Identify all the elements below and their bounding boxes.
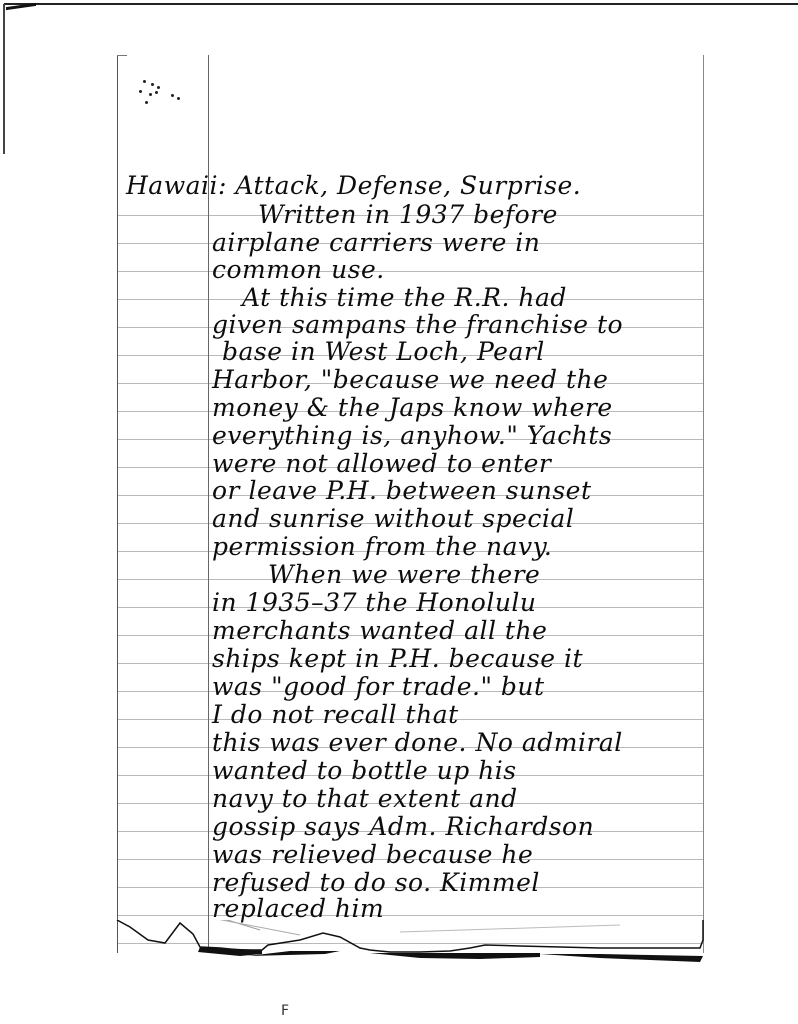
text-line: gossip says Adm. Richardson bbox=[212, 813, 594, 841]
text-line: was "good for trade." but bbox=[212, 673, 545, 701]
text-line: were not allowed to enter bbox=[212, 450, 551, 478]
bottom-margin-mark: F bbox=[281, 1003, 289, 1019]
text-line: When we were there bbox=[268, 561, 540, 589]
text-line: replaced him bbox=[212, 895, 384, 923]
text-line: merchants wanted all the bbox=[212, 617, 547, 645]
text-line: permission from the navy. bbox=[212, 533, 552, 561]
text-line: At this time the R.R. had bbox=[242, 284, 567, 312]
text-line: was relieved because he bbox=[212, 841, 533, 869]
title-line: Hawaii: Attack, Defense, Surprise. bbox=[126, 172, 581, 200]
torn-paper-bottom-edge bbox=[0, 920, 798, 990]
sheet-top-notch bbox=[117, 55, 127, 66]
text-line: in 1935–37 the Honolulu bbox=[212, 589, 537, 617]
text-line: ships kept in P.H. because it bbox=[212, 645, 583, 673]
text-line: wanted to bottle up his bbox=[212, 757, 517, 785]
lined-paper-sheet: Hawaii: Attack, Defense, Surprise. Writt… bbox=[117, 55, 704, 953]
scan-frame-left-edge bbox=[3, 4, 5, 154]
text-line: or leave P.H. between sunset bbox=[212, 477, 592, 505]
ink-specks bbox=[135, 78, 185, 118]
text-line: common use. bbox=[212, 256, 385, 284]
scan-frame-top-edge bbox=[4, 3, 798, 5]
text-line: money & the Japs know where bbox=[212, 394, 613, 422]
text-line: Written in 1937 before bbox=[258, 201, 558, 229]
text-line: base in West Loch, Pearl bbox=[222, 338, 545, 366]
text-line: given sampans the franchise to bbox=[212, 311, 623, 339]
text-line: I do not recall that bbox=[212, 701, 459, 729]
text-line: airplane carriers were in bbox=[212, 229, 540, 257]
text-line: this was ever done. No admiral bbox=[212, 729, 623, 757]
text-line: everything is, anyhow." Yachts bbox=[212, 422, 612, 450]
text-line: navy to that extent and bbox=[212, 785, 518, 813]
text-line: and sunrise without special bbox=[212, 505, 574, 533]
text-line: refused to do so. Kimmel bbox=[212, 869, 540, 897]
text-line: Harbor, "because we need the bbox=[212, 366, 608, 394]
